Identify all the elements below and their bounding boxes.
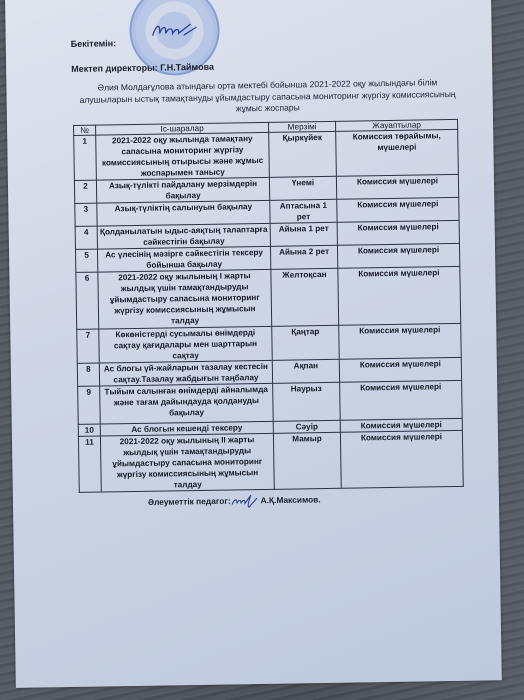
row-number: 4 [75,226,97,249]
row-term: Үнемі [269,176,336,200]
row-responsible: Комиссия мүшелері [340,380,463,420]
row-responsible: Комиссия мүшелері [340,430,463,488]
director-signature-icon [150,21,198,40]
row-activity: Тыйым салынған өнімдерді айналымда және … [100,383,274,424]
row-term: Ақпан [272,359,339,383]
row-number: 10 [78,424,100,436]
row-number: 5 [75,249,97,272]
row-activity: Көкөністерді сусымалы өнімдерді сақтау қ… [99,326,273,363]
row-term: Наурыз [273,382,341,421]
row-term: Айына 2 рет [270,245,337,269]
row-term: Мамыр [273,432,341,489]
row-responsible: Комиссия төрайымы, мүшелері [336,129,459,176]
row-term: Айына 1 рет [270,222,337,246]
row-activity: Азық-түлікті пайдалану мерзімдерін бақыл… [96,177,269,203]
table-row: 9Тыйым салынған өнімдерді айналымда және… [78,380,463,424]
role-label: Әлеуметтік педагог: [148,496,231,507]
row-activity: Қолданылатын ыдыс-аяқтың талаптарға сәйк… [97,223,270,249]
social-pedagogue-signature-line: Әлеуметтік педагог:А.Қ.Максимов. [148,493,321,510]
row-responsible: Комиссия мүшелері [337,243,459,268]
document-sheet: Бекітемін: Мектеп директоры: Г.Н.Таймова… [5,0,502,688]
row-activity: 2021-2022 оқу жылының І жарты жылдық үші… [98,269,272,329]
pedagogue-signature-icon [230,494,260,508]
row-responsible: Комиссия мүшелері [336,174,458,199]
row-responsible: Комиссия мүшелері [339,357,461,382]
table-row: 112021-2022 оқу жылының ІІ жарты жылдық … [78,430,463,492]
row-responsible: Комиссия мүшелері [338,266,461,325]
row-term: Қаңтар [272,325,340,360]
document-title: Әлия Молдағұлова атындағы орта мектебі б… [72,77,462,118]
table-row: 62021-2022 оқу жылының І жарты жылдық үш… [76,266,461,329]
row-number: 7 [77,329,100,363]
row-activity: Азық-түліктің салынуын бақылау [97,200,270,226]
row-activity: Ас үлесінің мәзірге сәйкестігін тексеру … [97,246,270,272]
pedagogue-name: А.Қ.Максимов. [261,494,321,505]
row-term: Қыркүйек [269,131,337,177]
row-number: 9 [78,386,101,424]
row-number: 1 [74,135,97,180]
table-row: 12021-2022 оқу жылында тамақтану сапасын… [74,129,459,180]
row-number: 2 [74,180,96,203]
approval-label: Бекітемін: [71,38,117,49]
row-term: Аптасына 1 рет [270,199,337,223]
row-term: Желтоқсан [271,268,339,326]
row-activity: 2021-2022 оқу жылының ІІ жарты жылдық үш… [100,433,274,492]
row-responsible: Комиссия мүшелері [337,197,459,222]
row-responsible: Комиссия мүшелері [339,323,462,359]
row-responsible: Комиссия мүшелері [337,220,459,245]
column-header-number: № [74,125,96,135]
director-line: Мектеп директоры: Г.Н.Таймова [71,62,214,74]
row-number: 3 [75,203,97,226]
row-term: Сәуір [273,420,340,433]
row-number: 11 [78,436,101,492]
row-activity: Ас блогы үй-жайларын тазалау кестесін са… [99,360,272,386]
work-plan-table: № Іс-шаралар Мерзімі Жауаптылар 12021-20… [73,119,464,493]
row-activity: 2021-2022 оқу жылында тамақтану сапасына… [96,132,270,180]
row-number: 6 [76,272,99,329]
row-number: 8 [77,363,99,386]
